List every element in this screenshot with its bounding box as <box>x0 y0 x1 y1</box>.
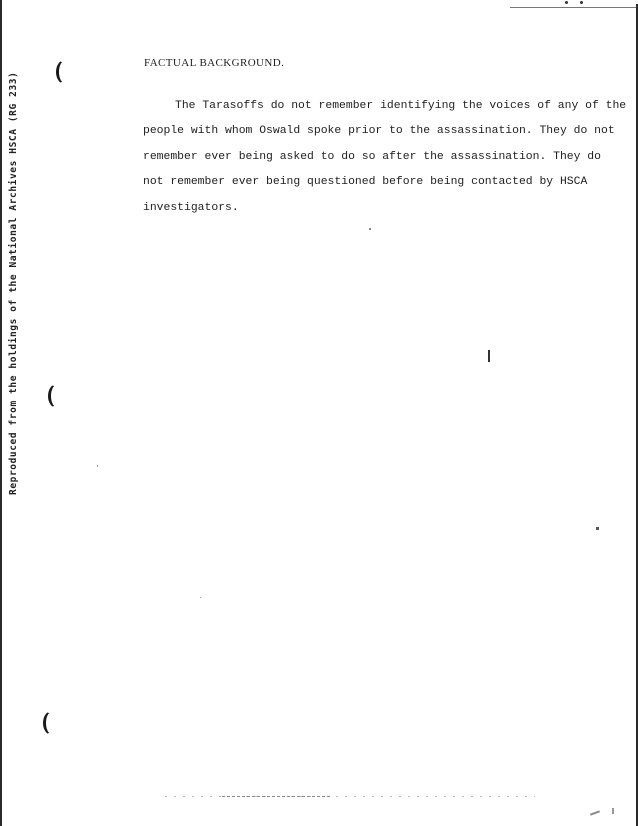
binder-hole-mark-top <box>56 60 73 84</box>
scan-noise <box>222 796 332 797</box>
paragraph-line: people with whom Oswald spoke prior to t… <box>143 119 613 144</box>
scan-speck <box>612 808 614 814</box>
scan-speck <box>488 350 490 362</box>
scan-speck <box>596 527 599 530</box>
scan-top-rule <box>510 7 636 8</box>
scan-speck <box>590 810 600 815</box>
paragraph-line: investigators. <box>143 196 613 221</box>
scan-speck <box>97 465 98 467</box>
binder-hole-mark-bottom <box>43 711 60 735</box>
paragraph-line: The Tarasoffs do not remember identifyin… <box>143 94 613 119</box>
binder-hole-mark-middle <box>48 384 65 408</box>
scan-speck <box>565 1 568 4</box>
archive-stamp: Reproduced from the holdings of the Nati… <box>8 70 19 495</box>
document-page: Reproduced from the holdings of the Nati… <box>0 0 638 826</box>
paragraph-line: not remember ever being questioned befor… <box>143 170 613 195</box>
paragraph-line: remember ever being asked to do so after… <box>143 145 613 170</box>
scan-speck <box>200 597 201 598</box>
scan-noise <box>165 796 535 797</box>
body-paragraph: The Tarasoffs do not remember identifyin… <box>143 94 613 221</box>
scan-speck <box>369 228 371 230</box>
section-heading: FACTUAL BACKGROUND. <box>144 57 284 69</box>
scan-edge-left <box>0 0 2 826</box>
scan-speck <box>580 1 583 4</box>
